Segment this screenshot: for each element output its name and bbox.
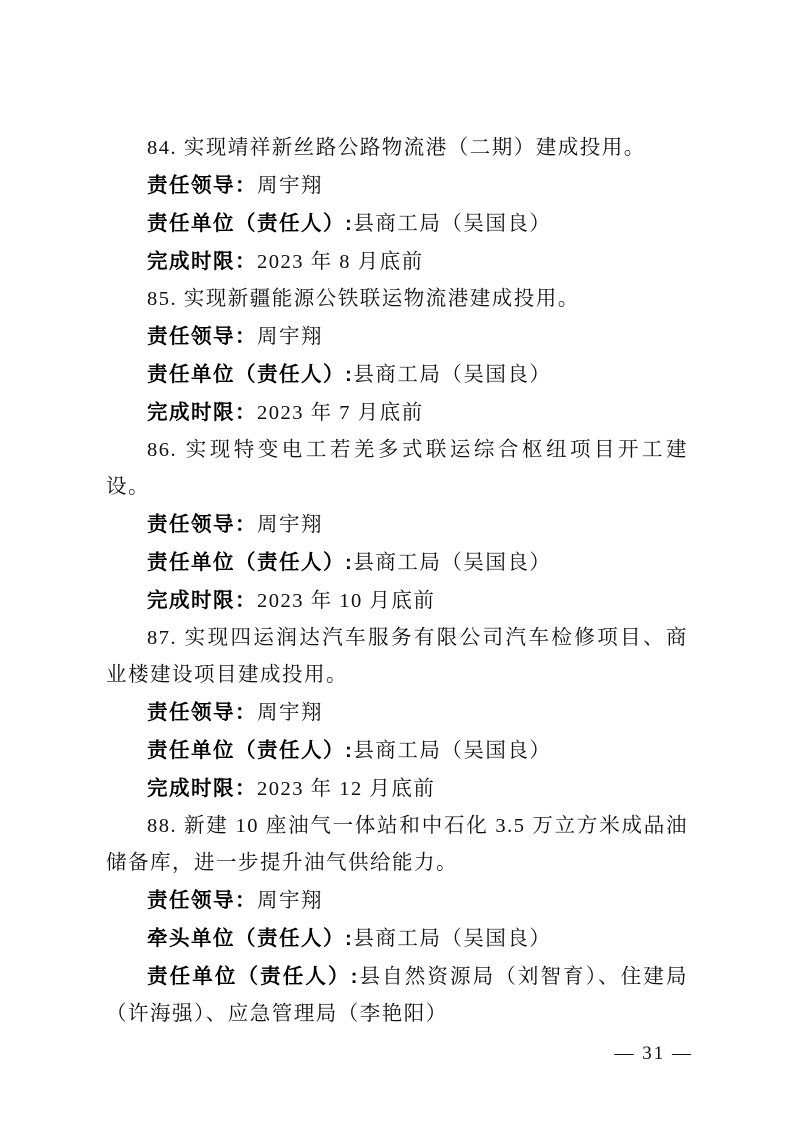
field-value: 2023 年 10 月底前 <box>257 590 435 612</box>
item-title: 88. 新建 10 座油气一体站和中石化 3.5 万立方米成品油储备库，进一步提… <box>106 808 688 882</box>
item-field: 完成时限：2023 年 8 月底前 <box>106 243 688 281</box>
field-value: 周宇翔 <box>257 326 323 348</box>
field-value: 周宇翔 <box>257 175 323 197</box>
field-label: 完成时限： <box>147 777 257 800</box>
field-value: 周宇翔 <box>257 890 323 912</box>
field-value: 县商工局（吴国良） <box>353 213 551 235</box>
field-label: 责任领导： <box>147 513 257 536</box>
field-label: 责任领导： <box>147 701 257 724</box>
field-value: 周宇翔 <box>257 702 323 724</box>
field-label: 完成时限： <box>147 401 257 424</box>
field-value: 县商工局（吴国良） <box>353 552 551 574</box>
field-value: 2023 年 12 月底前 <box>257 778 435 800</box>
field-label: 责任单位（责任人）: <box>147 739 353 762</box>
field-label: 责任领导： <box>147 174 257 197</box>
field-value: 2023 年 8 月底前 <box>257 251 424 273</box>
item-field: 责任单位（责任人）:县商工局（吴国良） <box>106 205 688 243</box>
list-item: 84. 实现靖祥新丝路公路物流港（二期）建成投用。 责任领导：周宇翔 责任单位（… <box>106 130 688 281</box>
item-field: 责任领导：周宇翔 <box>106 694 688 732</box>
field-label: 责任单位（责任人）: <box>147 363 353 386</box>
item-field: 责任领导：周宇翔 <box>106 167 688 205</box>
list-item: 87. 实现四运润达汽车服务有限公司汽车检修项目、商业楼建设项目建成投用。 责任… <box>106 620 688 808</box>
item-field: 责任单位（责任人）:县商工局（吴国良） <box>106 732 688 770</box>
document-page: 84. 实现靖祥新丝路公路物流港（二期）建成投用。 责任领导：周宇翔 责任单位（… <box>0 0 793 1122</box>
field-label: 责任领导： <box>147 889 257 912</box>
item-field: 责任单位（责任人）:县商工局（吴国良） <box>106 356 688 394</box>
field-value: 县商工局（吴国良） <box>353 928 551 950</box>
item-field: 责任单位（责任人）:县商工局（吴国良） <box>106 544 688 582</box>
item-field: 责任领导：周宇翔 <box>106 882 688 920</box>
field-label: 完成时限： <box>147 589 257 612</box>
item-field: 牵头单位（责任人）:县商工局（吴国良） <box>106 920 688 958</box>
list-item: 85. 实现新疆能源公铁联运物流港建成投用。 责任领导：周宇翔 责任单位（责任人… <box>106 281 688 432</box>
item-field: 完成时限：2023 年 12 月底前 <box>106 770 688 808</box>
item-title: 84. 实现靖祥新丝路公路物流港（二期）建成投用。 <box>106 130 688 167</box>
field-label: 责任领导： <box>147 325 257 348</box>
item-title: 86. 实现特变电工若羌多式联运综合枢纽项目开工建设。 <box>106 432 688 506</box>
field-value: 2023 年 7 月底前 <box>257 402 424 424</box>
field-label: 责任单位（责任人）: <box>147 212 353 235</box>
item-title: 87. 实现四运润达汽车服务有限公司汽车检修项目、商业楼建设项目建成投用。 <box>106 620 688 694</box>
field-value: 县商工局（吴国良） <box>353 364 551 386</box>
field-label: 责任单位（责任人）: <box>147 551 353 574</box>
item-field: 责任单位（责任人）:县自然资源局（刘智育）、住建局（许海强）、应急管理局（李艳阳… <box>106 958 688 1033</box>
field-label: 完成时限： <box>147 250 257 273</box>
item-field: 完成时限：2023 年 10 月底前 <box>106 582 688 620</box>
list-item: 86. 实现特变电工若羌多式联运综合枢纽项目开工建设。 责任领导：周宇翔 责任单… <box>106 432 688 620</box>
field-label: 牵头单位（责任人）: <box>147 927 353 950</box>
field-value: 周宇翔 <box>257 514 323 536</box>
item-field: 完成时限：2023 年 7 月底前 <box>106 394 688 432</box>
field-value: 县商工局（吴国良） <box>353 740 551 762</box>
item-field: 责任领导：周宇翔 <box>106 506 688 544</box>
document-body: 84. 实现靖祥新丝路公路物流港（二期）建成投用。 责任领导：周宇翔 责任单位（… <box>106 130 688 1033</box>
item-title: 85. 实现新疆能源公铁联运物流港建成投用。 <box>106 281 688 318</box>
page-number: — 31 — <box>615 1042 694 1066</box>
field-label: 责任单位（责任人）: <box>147 965 359 988</box>
list-item: 88. 新建 10 座油气一体站和中石化 3.5 万立方米成品油储备库，进一步提… <box>106 808 688 1033</box>
item-field: 责任领导：周宇翔 <box>106 318 688 356</box>
